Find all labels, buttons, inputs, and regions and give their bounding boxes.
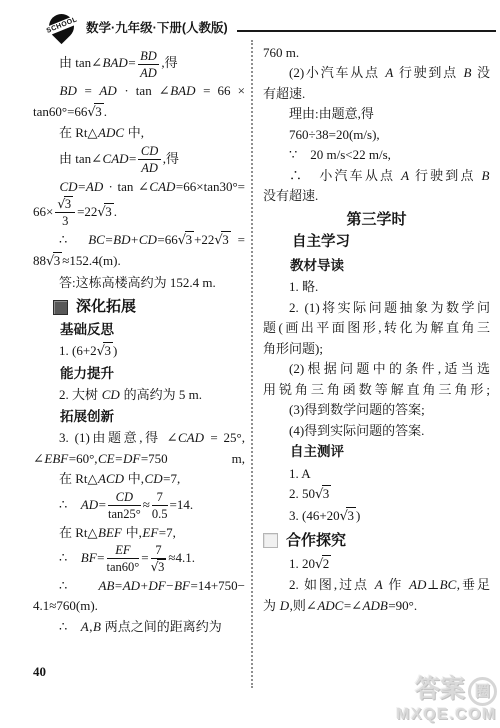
text-line: 2. 50√3 — [263, 484, 490, 506]
line-text: tan60°=66√3. — [33, 104, 107, 119]
text-line: BD = AD · tan ∠BAD = 66 × — [33, 81, 245, 102]
text-line: 在 Rt△ACD 中,CD=7, — [33, 469, 245, 490]
line-text: 拓展创新 — [60, 409, 114, 424]
text-line: ∴ A,B 两点之间的距离约为 — [33, 616, 245, 637]
line-text: 自主测评 — [290, 444, 344, 459]
section-marker-icon — [53, 300, 68, 315]
line-text: 88√3≈152.4(m). — [33, 253, 121, 268]
math-variable: CD — [144, 471, 163, 486]
math-variable: B — [92, 619, 101, 634]
watermark-brand-text: 答案 — [415, 675, 465, 703]
line-text: ∴ AB=AD+DF−BF=14+750− — [59, 578, 245, 593]
line-text: (4)得到实际问题的答案. — [289, 423, 424, 438]
line-text: 2. 如图,过点 A 作 AD⊥BC,垂足 — [289, 577, 490, 592]
text-line: 答:这栋高楼高约为 152.4 m. — [33, 272, 245, 293]
line-text: 合作探究 — [286, 531, 346, 551]
math-variable: BD — [113, 232, 131, 247]
column-divider — [251, 40, 253, 688]
fraction: CDtan25° — [106, 490, 143, 522]
math-variable: B — [463, 65, 472, 80]
line-text: 用锐角三角函数等解直角三角形; — [263, 382, 490, 397]
watermark-site: MXQE.COM — [396, 706, 497, 724]
line-text: 1. 20√2 — [289, 556, 331, 571]
math-variable: CAD — [102, 151, 129, 166]
textbook-answer-page: SCHOOL 数学·九年级·下册(人教版) 由 tan∠BAD=BDAD,得BD… — [0, 0, 500, 728]
math-variable: BAD — [170, 83, 196, 98]
text-line: (2)小汽车从点 A 行驶到点 B 没 — [263, 63, 490, 84]
math-variable: AD — [409, 577, 427, 592]
math-variable: A — [80, 619, 89, 634]
fraction: 70.5 — [150, 490, 170, 522]
line-text: ∴ BC=BD+CD=66√3+22√3 = — [59, 232, 245, 247]
math-variable: ADC — [317, 598, 344, 613]
left-column: 由 tan∠BAD=BDAD,得BD = AD · tan ∠BAD = 66 … — [33, 48, 245, 637]
math-variable: EF — [142, 525, 159, 540]
header-rule — [237, 30, 496, 32]
line-text: ∴ 小汽车从点 A 行驶到点 B — [289, 168, 490, 183]
sqrt-radical: √3 — [57, 197, 73, 211]
sub-heading: 拓展创新 — [33, 406, 245, 427]
line-text: 没有超速. — [263, 188, 318, 203]
text-line: 由 tan∠CAD=CDAD,得 — [33, 143, 245, 176]
math-variable: EF — [115, 543, 131, 557]
watermark-brand: 答案圈 — [396, 676, 497, 706]
math-variable: BC — [439, 577, 457, 592]
watermark-brand-circle-icon: 圈 — [468, 677, 497, 706]
text-line: 在 Rt△ADC 中, — [33, 123, 245, 144]
line-text: 题(画出平面图形,转化为解直角三 — [263, 320, 490, 335]
line-text: 由 tan∠BAD=BDAD,得 — [59, 55, 178, 70]
text-line: 3. (46+20√3) — [263, 505, 490, 527]
page-header-title: 数学·九年级·下册(人教版) — [86, 20, 228, 36]
text-line: ∵ 20 m/s<22 m/s, — [263, 145, 490, 166]
line-text: 第三学时 — [346, 211, 406, 228]
math-variable: CE — [98, 451, 116, 466]
line-text: 深化拓展 — [76, 297, 136, 317]
sqrt-radical: √3 — [214, 232, 230, 247]
line-text: 自主学习 — [292, 234, 350, 250]
text-line: ∴ AB=AD+DF−BF=14+750− — [33, 575, 245, 596]
line-text: 在 Rt△ACD 中,CD=7, — [59, 471, 180, 486]
math-variable: BD — [59, 83, 77, 98]
text-line: 为 D,则∠ADC=∠ADB=90°. — [263, 595, 490, 616]
sub-heading: 自主测评 — [263, 442, 490, 463]
right-column: 760 m.(2)小汽车从点 A 行驶到点 B 没有超速.理由:由题意,得760… — [263, 42, 490, 616]
sub-heading: 基础反思 — [33, 319, 245, 340]
sqrt-radical: √3 — [315, 486, 331, 501]
math-variable: CD — [101, 387, 120, 402]
fraction: CDAD — [136, 144, 162, 176]
line-text: CD=AD · tan ∠CAD=66×tan30°= — [59, 179, 245, 194]
math-variable: CD — [140, 144, 158, 158]
line-text: (2)根据问题中的条件,适当选 — [289, 361, 490, 376]
sub-heading: 能力提升 — [33, 363, 245, 384]
text-line: 88√3≈152.4(m). — [33, 251, 245, 273]
line-text: 2. 50√3 — [289, 486, 331, 501]
sub-heading: 自主学习 — [263, 233, 490, 254]
math-variable: AD — [85, 179, 103, 194]
math-variable: BF — [174, 578, 191, 593]
line-text: 有超速. — [263, 86, 305, 101]
watermark: 答案圈 MXQE.COM — [396, 676, 497, 724]
line-text: ∴ AD=CDtan25°≈70.5=14. — [59, 497, 193, 512]
fraction: BDAD — [136, 49, 162, 81]
line-text: ∴ BF=EFtan60°=7√3≈4.1. — [59, 550, 195, 565]
math-variable: BEF — [98, 525, 123, 540]
line-text: 1. 略. — [289, 279, 318, 294]
math-variable: A — [374, 577, 383, 592]
math-variable: AD — [141, 161, 159, 175]
line-text: 理由:由题意,得 — [289, 106, 374, 121]
line-text: 为 D,则∠ADC=∠ADB=90°. — [263, 598, 417, 613]
line-text: 3. (1)由题意,得 ∠CAD = 25°, — [59, 430, 245, 445]
text-line: 66×√33=22√3. — [33, 197, 245, 230]
line-text: (3)得到数学问题的答案; — [289, 402, 425, 417]
line-text: 基础反思 — [60, 322, 114, 337]
line-text: 760÷38=20(m/s), — [289, 127, 380, 142]
section-heading: 合作探究 — [263, 531, 490, 552]
section-heading: 深化拓展 — [53, 297, 245, 318]
math-variable: CD — [59, 179, 78, 194]
text-line: 由 tan∠BAD=BDAD,得 — [33, 48, 245, 81]
math-variable: ADB — [362, 598, 388, 613]
text-line: 有超速. — [263, 83, 490, 104]
text-line: 760 m. — [263, 42, 490, 63]
line-text: 2. 大树 CD 的高约为 5 m. — [59, 387, 202, 402]
line-text: 在 Rt△BEF 中,EF=7, — [59, 525, 176, 540]
text-line: (2)根据问题中的条件,适当选 — [263, 359, 490, 380]
text-line: ∴ AD=CDtan25°≈70.5=14. — [33, 489, 245, 522]
line-text: (2)小汽车从点 A 行驶到点 B 没 — [289, 65, 490, 80]
text-line: (4)得到实际问题的答案. — [263, 420, 490, 441]
text-line: 在 Rt△BEF 中,EF=7, — [33, 522, 245, 543]
text-line: 1. (6+2√3) — [33, 341, 245, 363]
math-variable: CD — [115, 490, 133, 504]
math-variable: BAD — [102, 55, 128, 70]
math-variable: AD — [80, 497, 98, 512]
line-text: 4.1≈760(m). — [33, 598, 98, 613]
line-text: 66×√33=22√3. — [33, 204, 117, 219]
sqrt-radical: √3 — [87, 104, 103, 119]
line-text: 由 tan∠CAD=CDAD,得 — [59, 151, 179, 166]
section-marker-icon — [263, 533, 278, 548]
math-variable: AD — [140, 66, 158, 80]
line-text: 760 m. — [263, 45, 299, 60]
text-line: 没有超速. — [263, 186, 490, 207]
text-line: 理由:由题意,得 — [263, 104, 490, 125]
math-variable: DF — [122, 451, 140, 466]
line-text: 答:这栋高楼高约为 152.4 m. — [59, 275, 216, 290]
text-line: 2. (1)将实际问题抽象为数学问 — [263, 297, 490, 318]
sqrt-radical: √3 — [340, 508, 356, 523]
line-text: 1. (6+2√3) — [59, 343, 117, 358]
sqrt-radical: √3 — [97, 343, 113, 358]
page-number: 40 — [33, 664, 46, 680]
text-line: ∴ BF=EFtan60°=7√3≈4.1. — [33, 543, 245, 576]
text-line: CD=AD · tan ∠CAD=66×tan30°= — [33, 176, 245, 197]
line-text: 1. A — [289, 466, 311, 481]
text-line: 760÷38=20(m/s), — [263, 124, 490, 145]
math-variable: A — [385, 65, 394, 80]
fraction: EFtan60° — [105, 543, 142, 575]
line-text: 教材导读 — [290, 258, 344, 273]
line-text: 能力提升 — [60, 366, 114, 381]
text-line: ∠EBF=60°,CE=DF=750 m, — [33, 448, 245, 469]
text-line: 用锐角三角函数等解直角三角形; — [263, 379, 490, 400]
math-variable: BF — [80, 550, 97, 565]
math-variable: CAD — [149, 179, 176, 194]
math-variable: BD — [140, 49, 158, 63]
text-line: 2. 大树 CD 的高约为 5 m. — [33, 385, 245, 406]
sqrt-radical: √3 — [151, 560, 167, 574]
school-logo-icon: SCHOOL — [44, 12, 82, 48]
line-text: ∠EBF=60°,CE=DF=750 m, — [33, 451, 245, 466]
sqrt-radical: √3 — [178, 232, 194, 247]
text-line: 1. 20√2 — [263, 553, 490, 575]
lesson-title: 第三学时 — [263, 209, 490, 230]
text-line: (3)得到数学问题的答案; — [263, 400, 490, 421]
math-variable: A — [401, 168, 410, 183]
sqrt-radical: √3 — [46, 253, 62, 268]
math-variable: CD — [138, 232, 157, 247]
math-variable: AD — [99, 83, 117, 98]
text-line: 1. 略. — [263, 277, 490, 298]
line-text: ∵ 20 m/s<22 m/s, — [289, 147, 391, 162]
text-line: 题(画出平面图形,转化为解直角三 — [263, 318, 490, 339]
text-line: 角形问题); — [263, 338, 490, 359]
text-line: tan60°=66√3. — [33, 101, 245, 123]
math-variable: AB — [98, 578, 115, 593]
text-line: 4.1≈760(m). — [33, 596, 245, 617]
fraction: 7√3 — [149, 543, 169, 575]
text-line: ∴ 小汽车从点 A 行驶到点 B — [263, 165, 490, 186]
sub-heading: 教材导读 — [263, 255, 490, 276]
math-variable: DF — [148, 578, 166, 593]
line-text: 在 Rt△ADC 中, — [59, 125, 144, 140]
line-text: 角形问题); — [263, 341, 323, 356]
math-variable: BC — [88, 232, 106, 247]
math-variable: B — [481, 168, 490, 183]
text-line: 3. (1)由题意,得 ∠CAD = 25°, — [33, 428, 245, 449]
line-text: ∴ A,B 两点之间的距离约为 — [59, 619, 222, 634]
line-text: 2. (1)将实际问题抽象为数学问 — [289, 300, 490, 315]
math-variable: CAD — [177, 430, 204, 445]
math-variable: AD — [122, 578, 140, 593]
line-text: 3. (46+20√3) — [289, 508, 360, 523]
math-variable: D — [279, 598, 289, 613]
sqrt-radical: √2 — [315, 556, 331, 571]
text-line: 2. 如图,过点 A 作 AD⊥BC,垂足 — [263, 575, 490, 596]
math-variable: EBF — [44, 451, 69, 466]
math-variable: ADC — [98, 125, 125, 140]
text-line: ∴ BC=BD+CD=66√3+22√3 = — [33, 229, 245, 251]
text-line: 1. A — [263, 463, 490, 484]
line-text: BD = AD · tan ∠BAD = 66 × — [59, 83, 245, 98]
fraction: √33 — [53, 197, 77, 229]
sqrt-radical: √3 — [97, 204, 113, 219]
math-variable: ACD — [98, 471, 125, 486]
